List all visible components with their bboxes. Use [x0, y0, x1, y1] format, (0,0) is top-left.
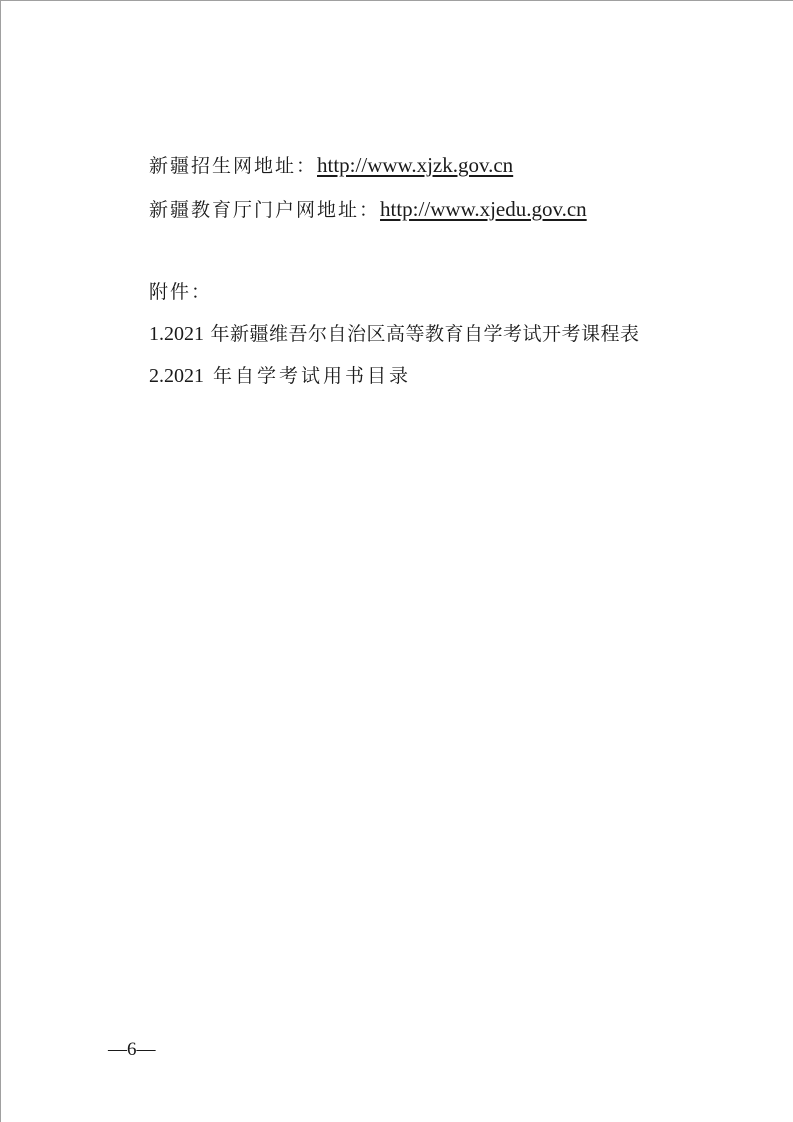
website-label: 新疆招生网地址：	[149, 155, 317, 177]
attachment-title: 年新疆维吾尔自治区高等教育自学考试开考课程表	[211, 323, 640, 345]
attachments-heading: 附件：	[149, 277, 212, 304]
attachment-title: 年自学考试用书目录	[213, 365, 411, 387]
website-link-xjzk[interactable]: http://www.xjzk.gov.cn	[317, 153, 513, 177]
page-number: —6—	[108, 1039, 156, 1061]
website-line-xjzk: 新疆招生网地址：http://www.xjzk.gov.cn	[149, 151, 513, 178]
attachment-year: 2021	[164, 323, 204, 345]
website-line-xjedu: 新疆教育厅门户网地址：http://www.xjedu.gov.cn	[149, 195, 587, 222]
attachment-year: 2021	[164, 365, 204, 387]
attachment-number: 2.	[149, 365, 164, 387]
document-page: 新疆招生网地址：http://www.xjzk.gov.cn 新疆教育厅门户网地…	[0, 0, 793, 1122]
attachment-number: 1.	[149, 323, 164, 345]
attachment-item-1: 1.2021 年新疆维吾尔自治区高等教育自学考试开考课程表	[149, 319, 640, 346]
website-label: 新疆教育厅门户网地址：	[149, 199, 380, 221]
website-link-xjedu[interactable]: http://www.xjedu.gov.cn	[380, 197, 587, 221]
attachment-item-2: 2.2021 年自学考试用书目录	[149, 361, 411, 388]
